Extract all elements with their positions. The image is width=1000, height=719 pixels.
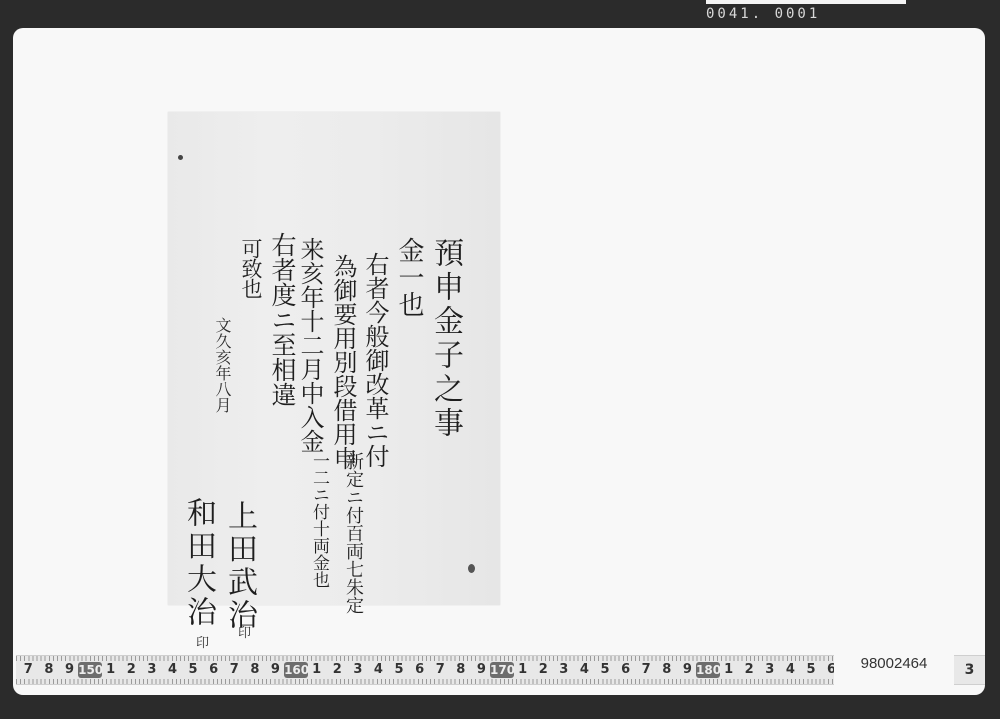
ruler-number: 9 [265,662,286,678]
ruler-number: 7 [18,662,39,678]
ink-spot [468,564,475,573]
ruler-number: 3 [348,662,369,678]
ruler-number: 9 [677,662,698,678]
ruler-number: 150 [78,662,102,678]
ruler-number: 4 [368,662,389,678]
text-column: 右者今般御改革ニ付 [363,252,387,468]
seal-mark: 印 [196,632,209,651]
ruler-number: 3 [554,662,575,678]
ruler-number: 170 [490,662,514,678]
ruler-number: 4 [162,662,183,678]
ruler-number: 4 [574,662,595,678]
ruler-tail-number: 3 [954,656,985,684]
ruler-number: 2 [121,662,142,678]
ruler-number: 9 [471,662,492,678]
ruler-tail: 3 [954,655,985,685]
ruler-number: 7 [636,662,657,678]
ruler-number: 7 [430,662,451,678]
text-column: 為御要用別段借用申 [331,254,355,470]
ruler-number: 2 [739,662,760,678]
ruler-numbers: 7891501234567891601234567891701234567891… [18,662,842,678]
ruler-number: 8 [451,662,472,678]
ruler-number: 180 [696,662,720,678]
seal-mark: 印 [238,622,251,641]
ruler-number: 9 [59,662,80,678]
ruler-number: 5 [595,662,616,678]
text-annotation: 一二ニ付十両金也 [310,452,327,588]
ruler-number: 6 [615,662,636,678]
ruler-number: 1 [718,662,739,678]
ruler-number: 7 [224,662,245,678]
text-column: 金一也 [396,237,422,318]
ruler-number: 5 [801,662,822,678]
text-column-title: 預申金子之事 [430,237,460,441]
ruler-number: 6 [409,662,430,678]
text-column: 来亥年十二月中入金 [298,237,322,453]
ruler-number: 8 [245,662,266,678]
ruler-number: 1 [512,662,533,678]
header-strip [706,0,906,4]
ruler-number: 5 [183,662,204,678]
ruler-number: 8 [39,662,60,678]
date-line: 文久亥年八月 [214,317,230,413]
measurement-ruler: 7891501234567891601234567891701234567891… [16,655,834,685]
ruler-number: 6 [203,662,224,678]
ruler-number: 1 [100,662,121,678]
document-paper: 預申金子之事 金一也 右者今般御改革ニ付 為御要用別段借用申 来亥年十二月中入金… [168,112,500,605]
ruler-number: 2 [533,662,554,678]
text-column: 右者度ニ至相違 [270,232,295,407]
scan-board: 預申金子之事 金一也 右者今般御改革ニ付 為御要用別段借用申 来亥年十二月中入金… [13,28,985,695]
ink-spot [178,155,183,160]
ruler-number: 1 [306,662,327,678]
ruler-ticks [16,679,834,684]
signature: 和田大治 [183,497,213,629]
signature: 上田武治 [224,500,254,632]
catalog-id-label: 98002464 [834,650,954,686]
text-column: 可致也 [240,238,261,298]
ruler-number: 8 [657,662,678,678]
ruler-number: 160 [284,662,308,678]
frame-number: 0041. 0001 [706,6,820,24]
ruler-ticks [16,656,834,661]
ruler-number: 2 [327,662,348,678]
ruler-number: 3 [142,662,163,678]
ruler-number: 5 [389,662,410,678]
text-annotation: 新定ニ付百両七朱定 [344,452,362,614]
ruler-number: 3 [760,662,781,678]
ruler-number: 4 [780,662,801,678]
